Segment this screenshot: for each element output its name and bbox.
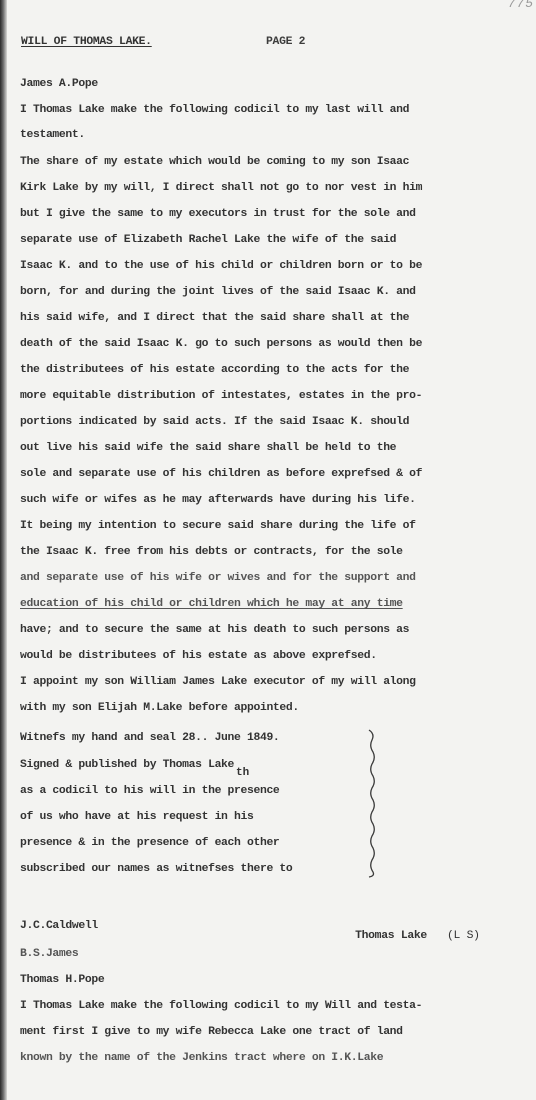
- text-line: death of the said Isaac K. go to such pe…: [20, 336, 422, 352]
- signature-name: Thomas Lake: [355, 930, 427, 942]
- text-line: portions indicated by said acts. If the …: [20, 414, 409, 430]
- testator-signature: Thomas Lake(L S): [342, 918, 480, 942]
- text-line: his said wife, and I direct that the sai…: [20, 310, 409, 326]
- witness-date-line: Witnefs my hand and seal 28.. June 1849.: [20, 730, 279, 746]
- attestation-line: as a codicil to his will in the presence: [20, 783, 279, 799]
- brace-bracket-icon: [367, 728, 377, 878]
- text-line: James A.Pope: [20, 76, 98, 92]
- text-line: out live his said wife the said share sh…: [20, 440, 396, 456]
- text-line: known by the name of the Jenkins tract w…: [20, 1050, 383, 1066]
- text-line: ment first I give to my wife Rebecca Lak…: [20, 1024, 403, 1040]
- witness-name: J.C.Caldwell: [20, 918, 98, 934]
- text-line: I Thomas Lake make the following codicil…: [20, 102, 409, 118]
- text-line: education of his child or children which…: [20, 596, 403, 612]
- witness-name: Thomas H.Pope: [20, 972, 104, 988]
- attestation-line: subscribed our names as witnefses there …: [20, 861, 292, 877]
- text-line: born, for and during the joint lives of …: [20, 284, 416, 300]
- text-line: would be distributees of his estate as a…: [20, 648, 377, 664]
- witness-name: B.S.James: [20, 946, 78, 962]
- text-line: It being my intention to secure said sha…: [20, 518, 416, 534]
- scan-page-edge: [0, 0, 7, 1100]
- text-line: I Thomas Lake make the following codicil…: [20, 998, 422, 1014]
- text-line: with my son Elijah M.Lake before appoint…: [20, 700, 299, 716]
- text-line: such wife or wifes as he may afterwards …: [20, 492, 416, 508]
- text-line: Kirk Lake by my will, I direct shall not…: [20, 180, 422, 196]
- date-superscript: th: [236, 767, 249, 779]
- attestation-line: of us who have at his request in his: [20, 809, 253, 825]
- text-line: and separate use of his wife or wives an…: [20, 570, 416, 586]
- seal-mark: (L S): [447, 930, 480, 942]
- text-line: I appoint my son William James Lake exec…: [20, 674, 416, 690]
- attestation-line: Signed & published by Thomas Lake: [20, 757, 234, 773]
- text-line: but I give the same to my executors in t…: [20, 206, 416, 222]
- text-line: sole and separate use of his children as…: [20, 466, 422, 482]
- text-line: more equitable distribution of intestate…: [20, 388, 422, 404]
- text-line: The share of my estate which would be co…: [20, 154, 409, 170]
- text-line: testament.: [20, 127, 85, 143]
- document-title: WILL OF THOMAS LAKE.: [21, 36, 152, 48]
- text-line: the Isaac K. free from his debts or cont…: [20, 544, 403, 560]
- attestation-line: presence & in the presence of each other: [20, 835, 279, 851]
- text-line: separate use of Elizabeth Rachel Lake th…: [20, 232, 396, 248]
- text-line: have; and to secure the same at his deat…: [20, 622, 409, 638]
- document-header: WILL OF THOMAS LAKE. PAGE 2: [21, 36, 521, 56]
- page-label: PAGE 2: [266, 36, 305, 48]
- page-number-mark: 775: [508, 0, 534, 11]
- text-line: the distributees of his estate according…: [20, 362, 409, 378]
- text-line: Isaac K. and to the use of his child or …: [20, 258, 422, 274]
